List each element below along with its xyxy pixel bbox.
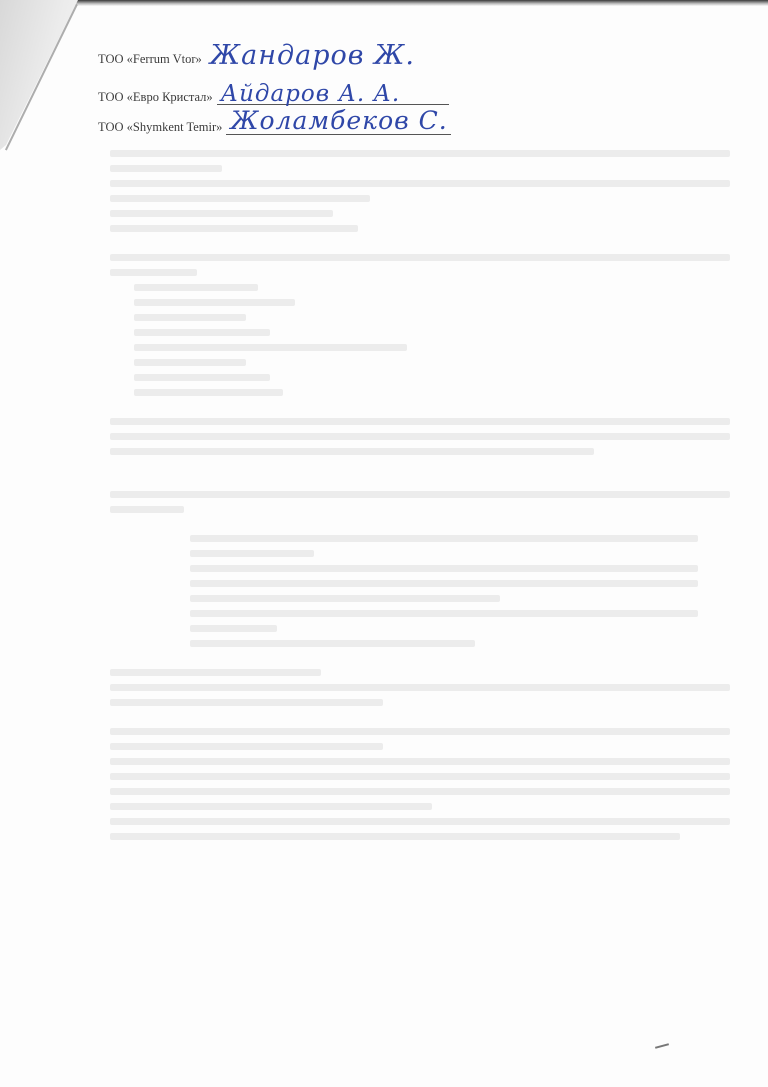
- handwritten-signature: Жоламбеков С.: [230, 106, 447, 135]
- handwritten-signature: Айдаров А. А.: [221, 81, 401, 107]
- scanned-page: ТОО «Ferrum Vtor» Жандаров Ж. ТОО «Евро …: [0, 0, 768, 1087]
- signature-line: Жоламбеков С.: [226, 120, 451, 135]
- signature-line: Жандаров Ж.: [206, 53, 356, 67]
- signatory-row: ТОО «Ferrum Vtor» Жандаров Ж.: [98, 52, 356, 67]
- company-label: ТОО «Ferrum Vtor»: [98, 52, 202, 67]
- company-label: ТОО «Shymkent Temir»: [98, 120, 222, 135]
- handwritten-signature: Жандаров Ж.: [210, 40, 415, 71]
- signature-line: Айдаров А. А.: [217, 90, 449, 105]
- pen-mark: [655, 1043, 669, 1049]
- scan-top-edge: [0, 0, 768, 6]
- company-label: ТОО «Евро Кристал»: [98, 90, 213, 105]
- signatory-row: ТОО «Shymkent Temir» Жоламбеков С.: [98, 120, 451, 135]
- signatory-row: ТОО «Евро Кристал» Айдаров А. А.: [98, 90, 449, 105]
- faded-body-text: [110, 150, 730, 848]
